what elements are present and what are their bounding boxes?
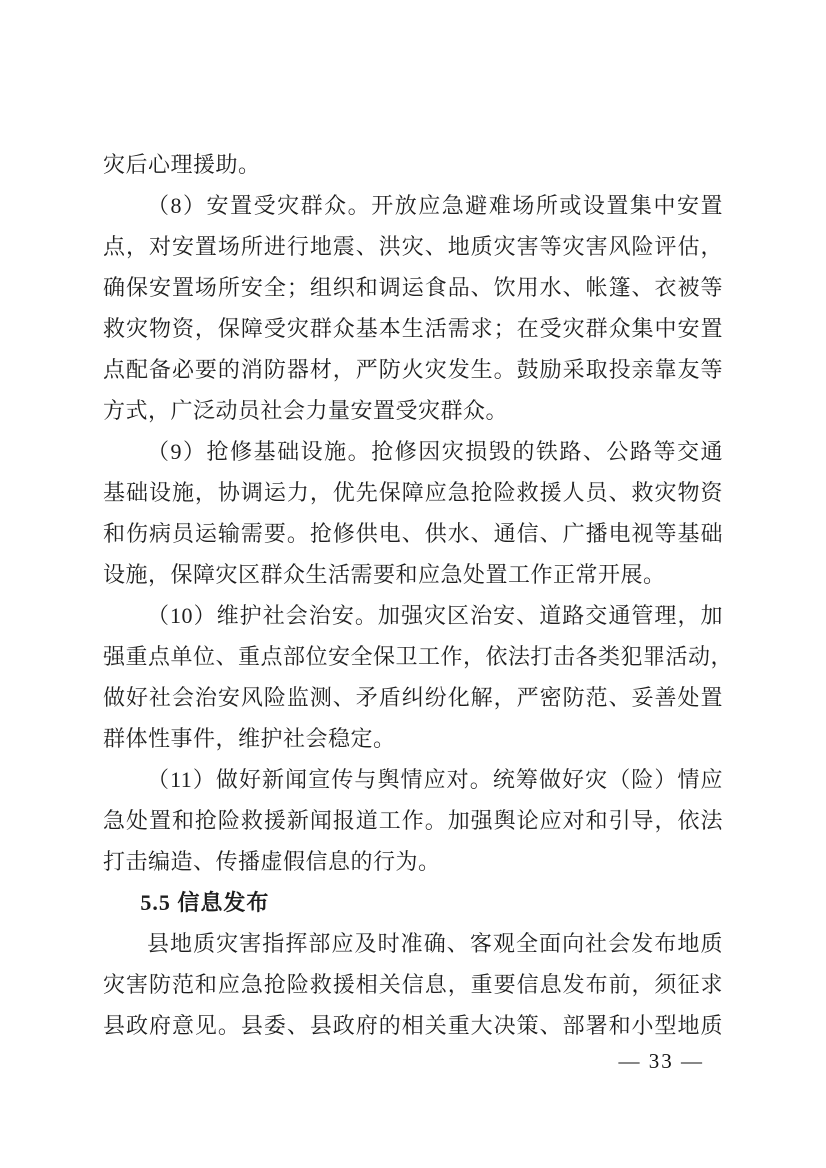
text-line: 灾害防范和应急抢险救援相关信息，重要信息发布前，须征求 — [103, 964, 723, 1005]
text-line: 基础设施，协调运力，优先保障应急抢险救援人员、救灾物资 — [103, 472, 723, 513]
text-line: 和伤病员运输需要。抢修供电、供水、通信、广播电视等基础 — [103, 513, 723, 554]
text-line: 点配备必要的消防器材，严防火灾发生。鼓励采取投亲靠友等 — [103, 349, 723, 390]
text-line: 做好社会治安风险监测、矛盾纠纷化解，严密防范、妥善处置 — [103, 677, 723, 718]
text-line: 确保安置场所安全；组织和调运食品、饮用水、帐篷、衣被等 — [103, 267, 723, 308]
text-line: 设施，保障灾区群众生活需要和应急处置工作正常开展。 — [103, 554, 723, 595]
text-line: （10）维护社会治安。加强灾区治安、道路交通管理，加 — [103, 595, 723, 636]
text-line: （9）抢修基础设施。抢修因灾损毁的铁路、公路等交通 — [103, 431, 723, 472]
text-line: 救灾物资，保障受灾群众基本生活需求；在受灾群众集中安置 — [103, 308, 723, 349]
text-line: 打击编造、传播虚假信息的行为。 — [103, 841, 723, 882]
text-line: 5.5 信息发布 — [103, 882, 723, 923]
text-line: 县地质灾害指挥部应及时准确、客观全面向社会发布地质 — [103, 923, 723, 964]
text-line: 点，对安置场所进行地震、洪灾、地质灾害等灾害风险评估， — [103, 226, 723, 267]
document-page: 灾后心理援助。 （8）安置受灾群众。开放应急避难场所或设置集中安置 点，对安置场… — [0, 0, 826, 1168]
page-number: — 33 — — [619, 1046, 705, 1076]
text-line: 强重点单位、重点部位安全保卫工作，依法打击各类犯罪活动， — [103, 636, 723, 677]
text-line: 县政府意见。县委、县政府的相关重大决策、部署和小型地质 — [103, 1005, 723, 1046]
document-body: 灾后心理援助。 （8）安置受灾群众。开放应急避难场所或设置集中安置 点，对安置场… — [103, 144, 723, 1046]
text-line: 急处置和抢险救援新闻报道工作。加强舆论应对和引导，依法 — [103, 800, 723, 841]
text-line: 群体性事件，维护社会稳定。 — [103, 718, 723, 759]
text-line: （8）安置受灾群众。开放应急避难场所或设置集中安置 — [103, 185, 723, 226]
text-line: 方式，广泛动员社会力量安置受灾群众。 — [103, 390, 723, 431]
text-line: （11）做好新闻宣传与舆情应对。统筹做好灾（险）情应 — [103, 759, 723, 800]
text-line: 灾后心理援助。 — [103, 144, 723, 185]
